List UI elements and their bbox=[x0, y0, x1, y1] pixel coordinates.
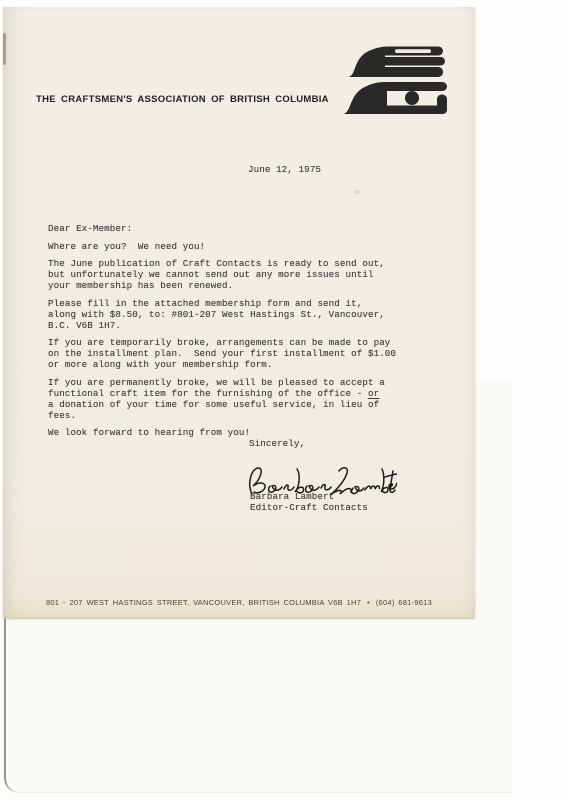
signer-title: Editor-Craft Contacts bbox=[250, 502, 368, 513]
letter-line: Where are you? We need you! bbox=[48, 241, 396, 252]
footer-address: 801 - 207 WEST HASTINGS STREET, VANCOUVE… bbox=[46, 598, 361, 607]
letter-line: If you are permanently broke, we will be… bbox=[48, 377, 396, 388]
line-text: functional craft item for the furnishing… bbox=[48, 388, 368, 399]
letter-sheet: THE CRAFTSMEN'S ASSOCIATION OF BRITISH C… bbox=[3, 7, 475, 617]
letter-line: The June publication of Craft Contacts i… bbox=[48, 258, 396, 269]
letter-line: Please fill in the attached membership f… bbox=[48, 298, 396, 309]
salutation-paragraph: Dear Ex-Member: bbox=[48, 223, 396, 234]
scan-edge-smudge bbox=[3, 33, 6, 65]
letter-line: along with $8.50, to: #801-207 West Hast… bbox=[48, 309, 396, 320]
paragraph-5: We look forward to hearing from you! bbox=[48, 427, 396, 438]
salutation: Dear Ex-Member: bbox=[48, 223, 396, 234]
letter-line: If you are temporarily broke, arrangemen… bbox=[48, 337, 396, 348]
letter-date: June 12, 1975 bbox=[248, 164, 321, 175]
paragraph-3: If you are temporarily broke, arrangemen… bbox=[48, 337, 396, 370]
paragraph-1: The June publication of Craft Contacts i… bbox=[48, 258, 396, 291]
letter-line: a donation of your time for some useful … bbox=[48, 399, 396, 410]
letter-line: We look forward to hearing from you! bbox=[48, 427, 396, 438]
underlined-word: or bbox=[368, 388, 379, 399]
letter-body: Dear Ex-Member: Where are you? We need y… bbox=[48, 223, 396, 445]
scan-artifact bbox=[353, 189, 362, 195]
letter-line: functional craft item for the furnishing… bbox=[48, 388, 396, 399]
paragraph-2: Please fill in the attached membership f… bbox=[48, 298, 396, 331]
paragraph-4: If you are permanently broke, we will be… bbox=[48, 377, 396, 421]
line-text: a donation of your time for some useful … bbox=[48, 399, 368, 410]
letter-line: B.C. V6B 1H7. bbox=[48, 320, 396, 331]
letterhead-footer: 801 - 207 WEST HASTINGS STREET, VANCOUVE… bbox=[3, 598, 475, 607]
cc-monogram-logo-icon bbox=[339, 44, 449, 116]
signer-block: Barbara Lambert Editor-Craft Contacts bbox=[250, 491, 368, 513]
footer-phone: (604) 681-9613 bbox=[376, 598, 432, 607]
signer-name: Barbara Lambert bbox=[250, 491, 368, 502]
letter-line: your membership has been renewed. bbox=[48, 280, 396, 291]
letter-line: fees. bbox=[48, 410, 396, 421]
footer-bullet: • bbox=[361, 600, 376, 607]
hook-paragraph: Where are you? We need you! bbox=[48, 241, 396, 252]
letter-line: but unfortunately we cannot send out any… bbox=[48, 269, 396, 280]
organization-name: THE CRAFTSMEN'S ASSOCIATION OF BRITISH C… bbox=[36, 94, 329, 105]
closing: Sincerely, bbox=[249, 438, 305, 449]
overlined-word: of bbox=[368, 399, 379, 410]
letter-line: on the installment plan. Send your first… bbox=[48, 348, 396, 359]
letter-line: or more along with your membership form. bbox=[48, 359, 396, 370]
